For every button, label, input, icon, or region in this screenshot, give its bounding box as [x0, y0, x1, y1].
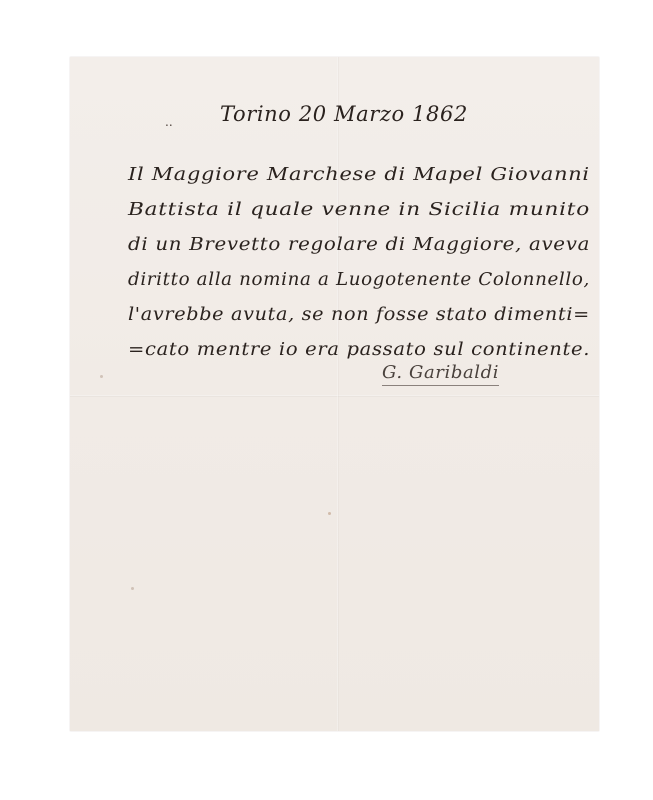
dateline-mark: ..: [165, 115, 173, 129]
horizontal-fold-line: [70, 395, 599, 397]
paper-speck: [328, 512, 331, 515]
letter-paper: .. Torino 20 Marzo 1862 Il Maggiore Marc…: [70, 57, 599, 731]
paper-speck: [100, 375, 103, 378]
letter-line-3: di un Brevetto regolare di Maggiore, ave…: [128, 235, 590, 255]
letter-line-5: l'avrebbe avuta, se non fosse stato dime…: [128, 305, 590, 325]
letter-line-4: diritto alla nomina a Luogotenente Colon…: [128, 270, 590, 290]
vertical-fold-line: [337, 57, 339, 731]
paper-speck: [131, 587, 134, 590]
letter-line-2: Battista il quale venne in Sicilia munit…: [128, 200, 590, 220]
letter-line-1: Il Maggiore Marchese di Mapel Giovanni: [128, 165, 590, 185]
signature: G. Garibaldi: [382, 362, 499, 386]
dateline: Torino 20 Marzo 1862: [220, 102, 468, 126]
letter-line-6: =cato mentre io era passato sul continen…: [128, 340, 590, 360]
